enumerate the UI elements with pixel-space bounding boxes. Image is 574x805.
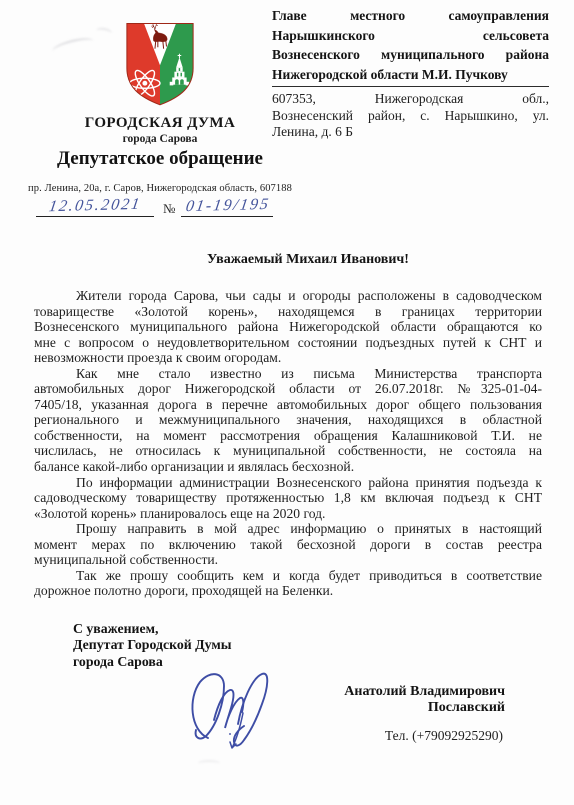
text-line: Ленина, д. 6 Б <box>272 124 549 141</box>
reference-line: 12.05.2021№01-19/195 <box>36 197 273 217</box>
text-line: Вознесенский район, с. Нарышкино, ул. <box>272 108 549 125</box>
body-line: муниципальной собственности. <box>34 552 542 568</box>
text-line: Депутат Городской Думы <box>73 637 232 653</box>
body-line: автомобильных дорог Нижегородской област… <box>34 381 542 397</box>
signer-phone: Тел. (+79092925290) <box>385 728 503 744</box>
text-line: Вознесенского муниципального района <box>272 45 549 65</box>
signer-name: Анатолий ВладимировичПославский <box>344 684 505 715</box>
text-line: 607353, Нижегородская обл., <box>272 91 549 108</box>
body-line: момент мерах по включению такой бесхозно… <box>34 537 542 553</box>
sarov-coat-of-arms <box>124 22 196 107</box>
recipient-address: 607353, Нижегородская обл.,Вознесенский … <box>272 87 549 141</box>
body-line: регионального и межмуниципального значен… <box>34 412 542 428</box>
recipient-title: Главе местного самоуправленияНарышкинско… <box>272 6 549 87</box>
date-field: 12.05.2021 <box>36 197 154 217</box>
pencil-smudge <box>198 760 220 767</box>
body-line: собственности, на момент рассмотрения об… <box>34 428 542 444</box>
body-line: невозможности проезда к своим огородам. <box>34 350 542 366</box>
text-line: С уважением, <box>73 621 232 637</box>
body-line: Как мне стало известно из письма Министе… <box>34 366 542 382</box>
body-line: Прошу направить в мой адрес информацию о… <box>34 521 542 537</box>
handwritten-date: 12.05.2021 <box>47 196 142 216</box>
text-line: Главе местного самоуправления <box>272 6 549 26</box>
org-address: пр. Ленина, 20а, г. Саров, Нижегородская… <box>0 183 320 194</box>
body-paragraph: По информации администрации Вознесенског… <box>34 475 542 522</box>
number-field: 01-19/195 <box>181 197 273 217</box>
body-line: товариществе «Золотой корень», находящем… <box>34 304 542 320</box>
body-line: мне с вопросом о неудовлетворительном со… <box>34 335 542 351</box>
text-line: Анатолий Владимирович <box>344 684 505 700</box>
body-line: «Золотой корень» планировалось еще на 20… <box>34 506 542 522</box>
letter-body: Жители города Сарова, чьи сады и огороды… <box>34 288 542 599</box>
recipient-block: Главе местного самоуправленияНарышкинско… <box>272 6 549 141</box>
salutation: Уважаемый Михаил Иванович! <box>54 252 562 268</box>
handwritten-number: 01-19/195 <box>184 196 271 216</box>
text-line: Нарышкинского сельсовета <box>272 26 549 46</box>
body-line: Вознесенского муниципального района Ниже… <box>34 319 542 335</box>
body-paragraph: Прошу направить в мой адрес информацию о… <box>34 521 542 568</box>
body-line: По информации администрации Вознесенског… <box>34 475 542 491</box>
body-line: балансе какой-либо организации и являлас… <box>34 459 542 475</box>
body-line: дорожное полотно дороги, проходящей на Б… <box>34 583 542 599</box>
body-line: 7405/18, указанная дорога в перечне авто… <box>34 397 542 413</box>
closing-block: С уважением,Депутат Городской Думыгорода… <box>73 621 232 670</box>
body-paragraph: Жители города Сарова, чьи сады и огороды… <box>34 288 542 366</box>
signature <box>180 668 292 756</box>
body-line: садоводческому товариществу протяженност… <box>34 490 542 506</box>
body-line: числилась, не относилась к муниципальной… <box>34 443 542 459</box>
body-line: Жители города Сарова, чьи сады и огороды… <box>34 288 542 304</box>
body-paragraph: Как мне стало известно из письма Министе… <box>34 366 542 475</box>
text-line: Пославский <box>344 700 505 716</box>
document-type-title: Депутатское обращение <box>0 148 320 170</box>
body-paragraph: Так же прошу сообщить кем и когда будет … <box>34 568 542 599</box>
number-sign-icon: № <box>163 201 175 216</box>
scanned-letter-page: ГОРОДСКАЯ ДУМА города Сарова Депутатское… <box>0 0 574 805</box>
body-line: Так же прошу сообщить кем и когда будет … <box>34 568 542 584</box>
text-line: Нижегородской области М.И. Пучкову <box>272 65 549 85</box>
